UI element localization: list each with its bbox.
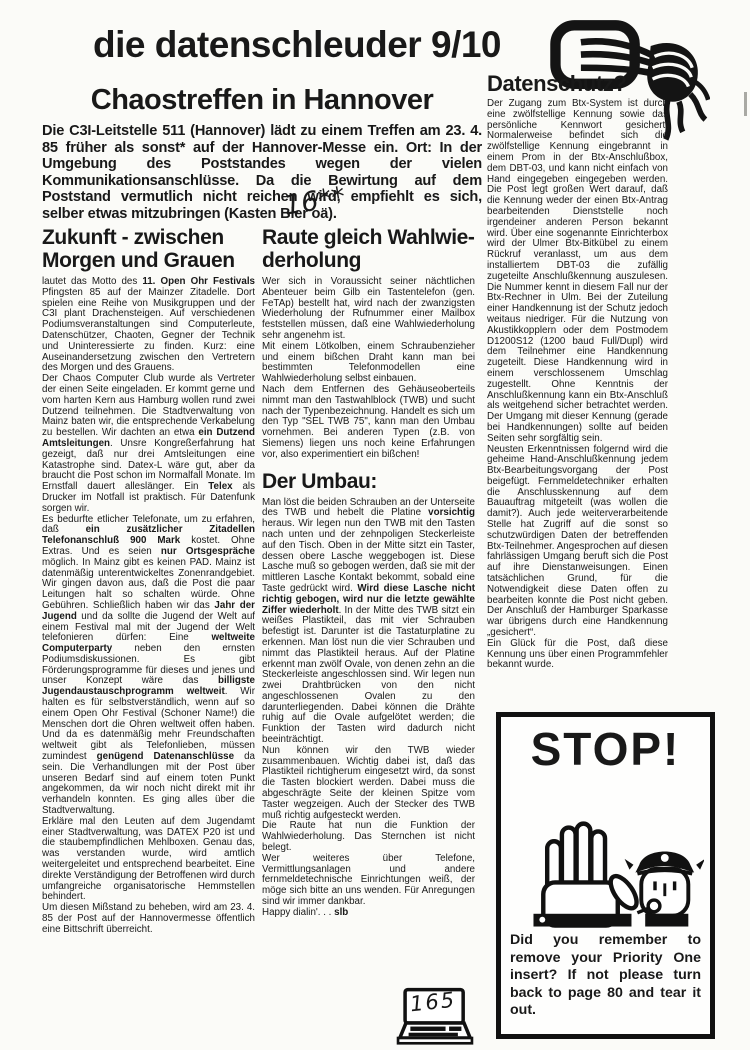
stop-notice-box: STOP!	[496, 712, 715, 1039]
scan-edge-artifact	[744, 92, 747, 116]
article-zukunft-title: Zukunft - zwischenMorgen und Grauen	[42, 226, 255, 272]
paragraph: Der Zugang zum Btx-System ist durch eine…	[487, 99, 668, 445]
paragraph: Man löst die beiden Schrauben an der Unt…	[262, 498, 475, 746]
paragraph: Happy dialin'. . . slb	[262, 908, 475, 919]
article-datenschutz-title: Datenschutz?	[487, 72, 668, 95]
article-chaostreffen: Chaostreffen in Hannover Die C3I-Leitste…	[42, 84, 482, 223]
paragraph: Mit einem Lötkolben, einem Schraubenzieh…	[262, 342, 475, 385]
stop-title: STOP!	[501, 722, 710, 776]
paragraph: Die Raute hat nun die Funktion der Wahlw…	[262, 821, 475, 853]
article-raute-title: Raute gleich Wahlwie-derholung	[262, 226, 475, 272]
article-raute: Raute gleich Wahlwie-derholung Wer sich …	[262, 226, 475, 919]
article-umbau-body: Man löst die beiden Schrauben an der Unt…	[262, 498, 475, 919]
paragraph: Es bedurfte etlicher Telefonate, um zu e…	[42, 515, 255, 817]
paragraph: Wer sich in Voraussicht seiner nächtlich…	[262, 277, 475, 342]
handwritten-page-number: 165	[409, 988, 457, 1017]
masthead-title: die datenschleuder 9/10	[93, 24, 501, 66]
article-zukunft: Zukunft - zwischenMorgen und Grauen laut…	[42, 226, 255, 936]
police-officer-stop-glove-icon	[508, 778, 704, 930]
paragraph: Nun können wir den TWB wieder zusammenba…	[262, 746, 475, 822]
article-umbau-title: Der Umbau:	[262, 470, 475, 494]
article-raute-body: Wer sich in Voraussicht seiner nächtlich…	[262, 277, 475, 461]
paragraph: Wer weiteres über Telefone, Vermittlungs…	[262, 854, 475, 908]
paragraph: lautet das Motto des 11. Open Ohr Festiv…	[42, 277, 255, 374]
paragraph: Nach dem Entfernen des Gehäuseoberteils …	[262, 385, 475, 461]
article-chaostreffen-intro: Die C3I-Leitstelle 511 (Hannover) lädt z…	[42, 123, 482, 223]
paragraph: Ein Glück für die Post, daß diese Kennun…	[487, 639, 668, 671]
article-chaostreffen-title: Chaostreffen in Hannover	[42, 84, 482, 117]
paragraph: Der Chaos Computer Club wurde als Vertre…	[42, 374, 255, 514]
article-datenschutz: Datenschutz? Der Zugang zum Btx-System i…	[487, 72, 668, 671]
article-zukunft-body: lautet das Motto des 11. Open Ohr Festiv…	[42, 277, 255, 936]
article-datenschutz-body: Der Zugang zum Btx-System ist durch eine…	[487, 99, 668, 671]
paragraph: Neusten Erkenntnissen folgernd wird die …	[487, 445, 668, 639]
paragraph: Um diesen Mißstand zu beheben, wird am 2…	[42, 903, 255, 935]
paragraph: Erkläre mal den Leuten auf dem Jugendamt…	[42, 817, 255, 903]
stop-body-text: Did you remember to remove your Priority…	[501, 930, 710, 1020]
